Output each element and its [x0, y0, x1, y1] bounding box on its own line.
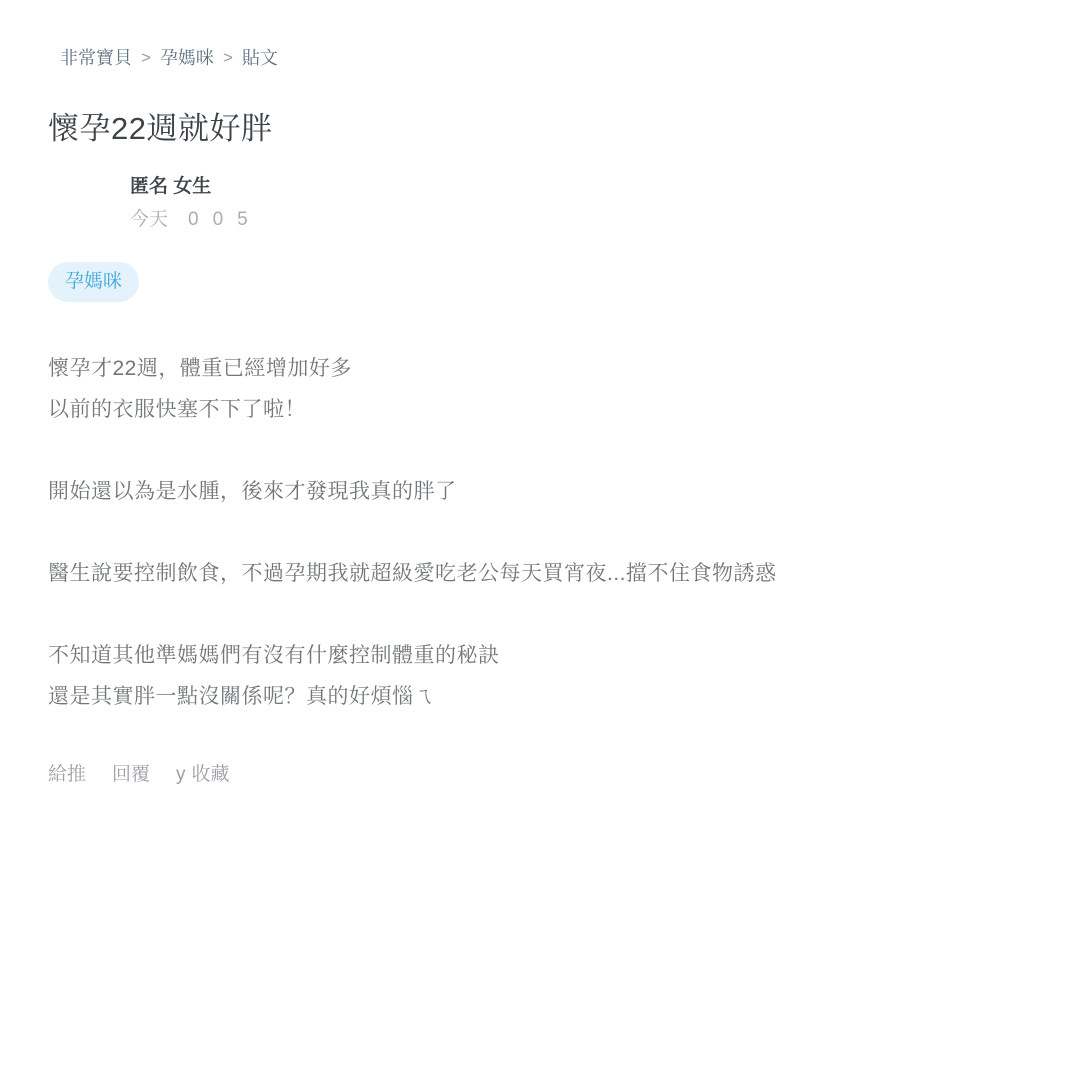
bookmark-button[interactable]: y 收藏	[176, 762, 230, 788]
post-title: 懷孕22週就好胖	[48, 108, 1032, 150]
upvote-button[interactable]: 給推	[48, 762, 86, 788]
reply-label: 回覆	[112, 762, 150, 788]
paragraph-line: 以前的衣服快塞不下了啦！	[48, 389, 1032, 430]
paragraph: 不知道其他準媽媽們有沒有什麼控制體重的秘訣 還是其實胖一點沒關係呢？真的好煩惱ㄟ	[48, 635, 1032, 717]
post-time: 今天	[130, 207, 168, 233]
post-meta: 今天 0 0 5	[130, 207, 248, 233]
author-info: 匿名 女生 今天 0 0 5	[130, 172, 248, 233]
paragraph-line: 醫生說要控制飲食，不過孕期我就超級愛吃老公每天買宵夜...擋不住食物誘惑	[48, 553, 1032, 594]
paragraph: 開始還以為是水腫，後來才發現我真的胖了	[48, 471, 1032, 512]
author-row: 匿名 女生 今天 0 0 5	[48, 172, 1032, 236]
paragraph: 醫生說要控制飲食，不過孕期我就超級愛吃老公每天買宵夜...擋不住食物誘惑	[48, 553, 1032, 594]
topic-tag[interactable]: 孕媽咪	[48, 262, 139, 302]
breadcrumb-separator: >	[223, 46, 233, 70]
paragraph-line: 開始還以為是水腫，後來才發現我真的胖了	[48, 471, 1032, 512]
breadcrumb: 非常寶貝 > 孕媽咪 > 貼文	[48, 46, 1032, 70]
post-stat-2: 0	[213, 207, 224, 233]
author-name[interactable]: 匿名 女生	[130, 174, 248, 200]
upvote-label: 給推	[48, 762, 86, 788]
paragraph: 懷孕才22週，體重已經增加好多 以前的衣服快塞不下了啦！	[48, 348, 1032, 430]
post-stat-1: 0	[188, 207, 199, 233]
post-page: 非常寶貝 > 孕媽咪 > 貼文 懷孕22週就好胖 匿名 女生 今天 0 0 5 …	[0, 0, 1080, 1080]
breadcrumb-separator: >	[141, 46, 151, 70]
post-body: 懷孕才22週，體重已經增加好多 以前的衣服快塞不下了啦！ 開始還以為是水腫，後來…	[48, 348, 1032, 717]
paragraph-line: 懷孕才22週，體重已經增加好多	[48, 348, 1032, 389]
post-stat-3: 5	[237, 207, 248, 233]
avatar[interactable]	[48, 172, 112, 236]
breadcrumb-item-board[interactable]: 非常寶貝	[60, 46, 132, 70]
reply-button[interactable]: 回覆	[112, 762, 150, 788]
bookmark-icon: y	[176, 762, 186, 788]
breadcrumb-item-current[interactable]: 貼文	[242, 46, 278, 70]
breadcrumb-item-category[interactable]: 孕媽咪	[160, 46, 214, 70]
tag-row: 孕媽咪	[48, 262, 1032, 302]
paragraph-line: 不知道其他準媽媽們有沒有什麼控制體重的秘訣	[48, 635, 1032, 676]
action-bar: 給推 回覆 y 收藏	[48, 762, 1032, 788]
bookmark-label: 收藏	[192, 762, 230, 788]
paragraph-line: 還是其實胖一點沒關係呢？真的好煩惱ㄟ	[48, 676, 1032, 717]
